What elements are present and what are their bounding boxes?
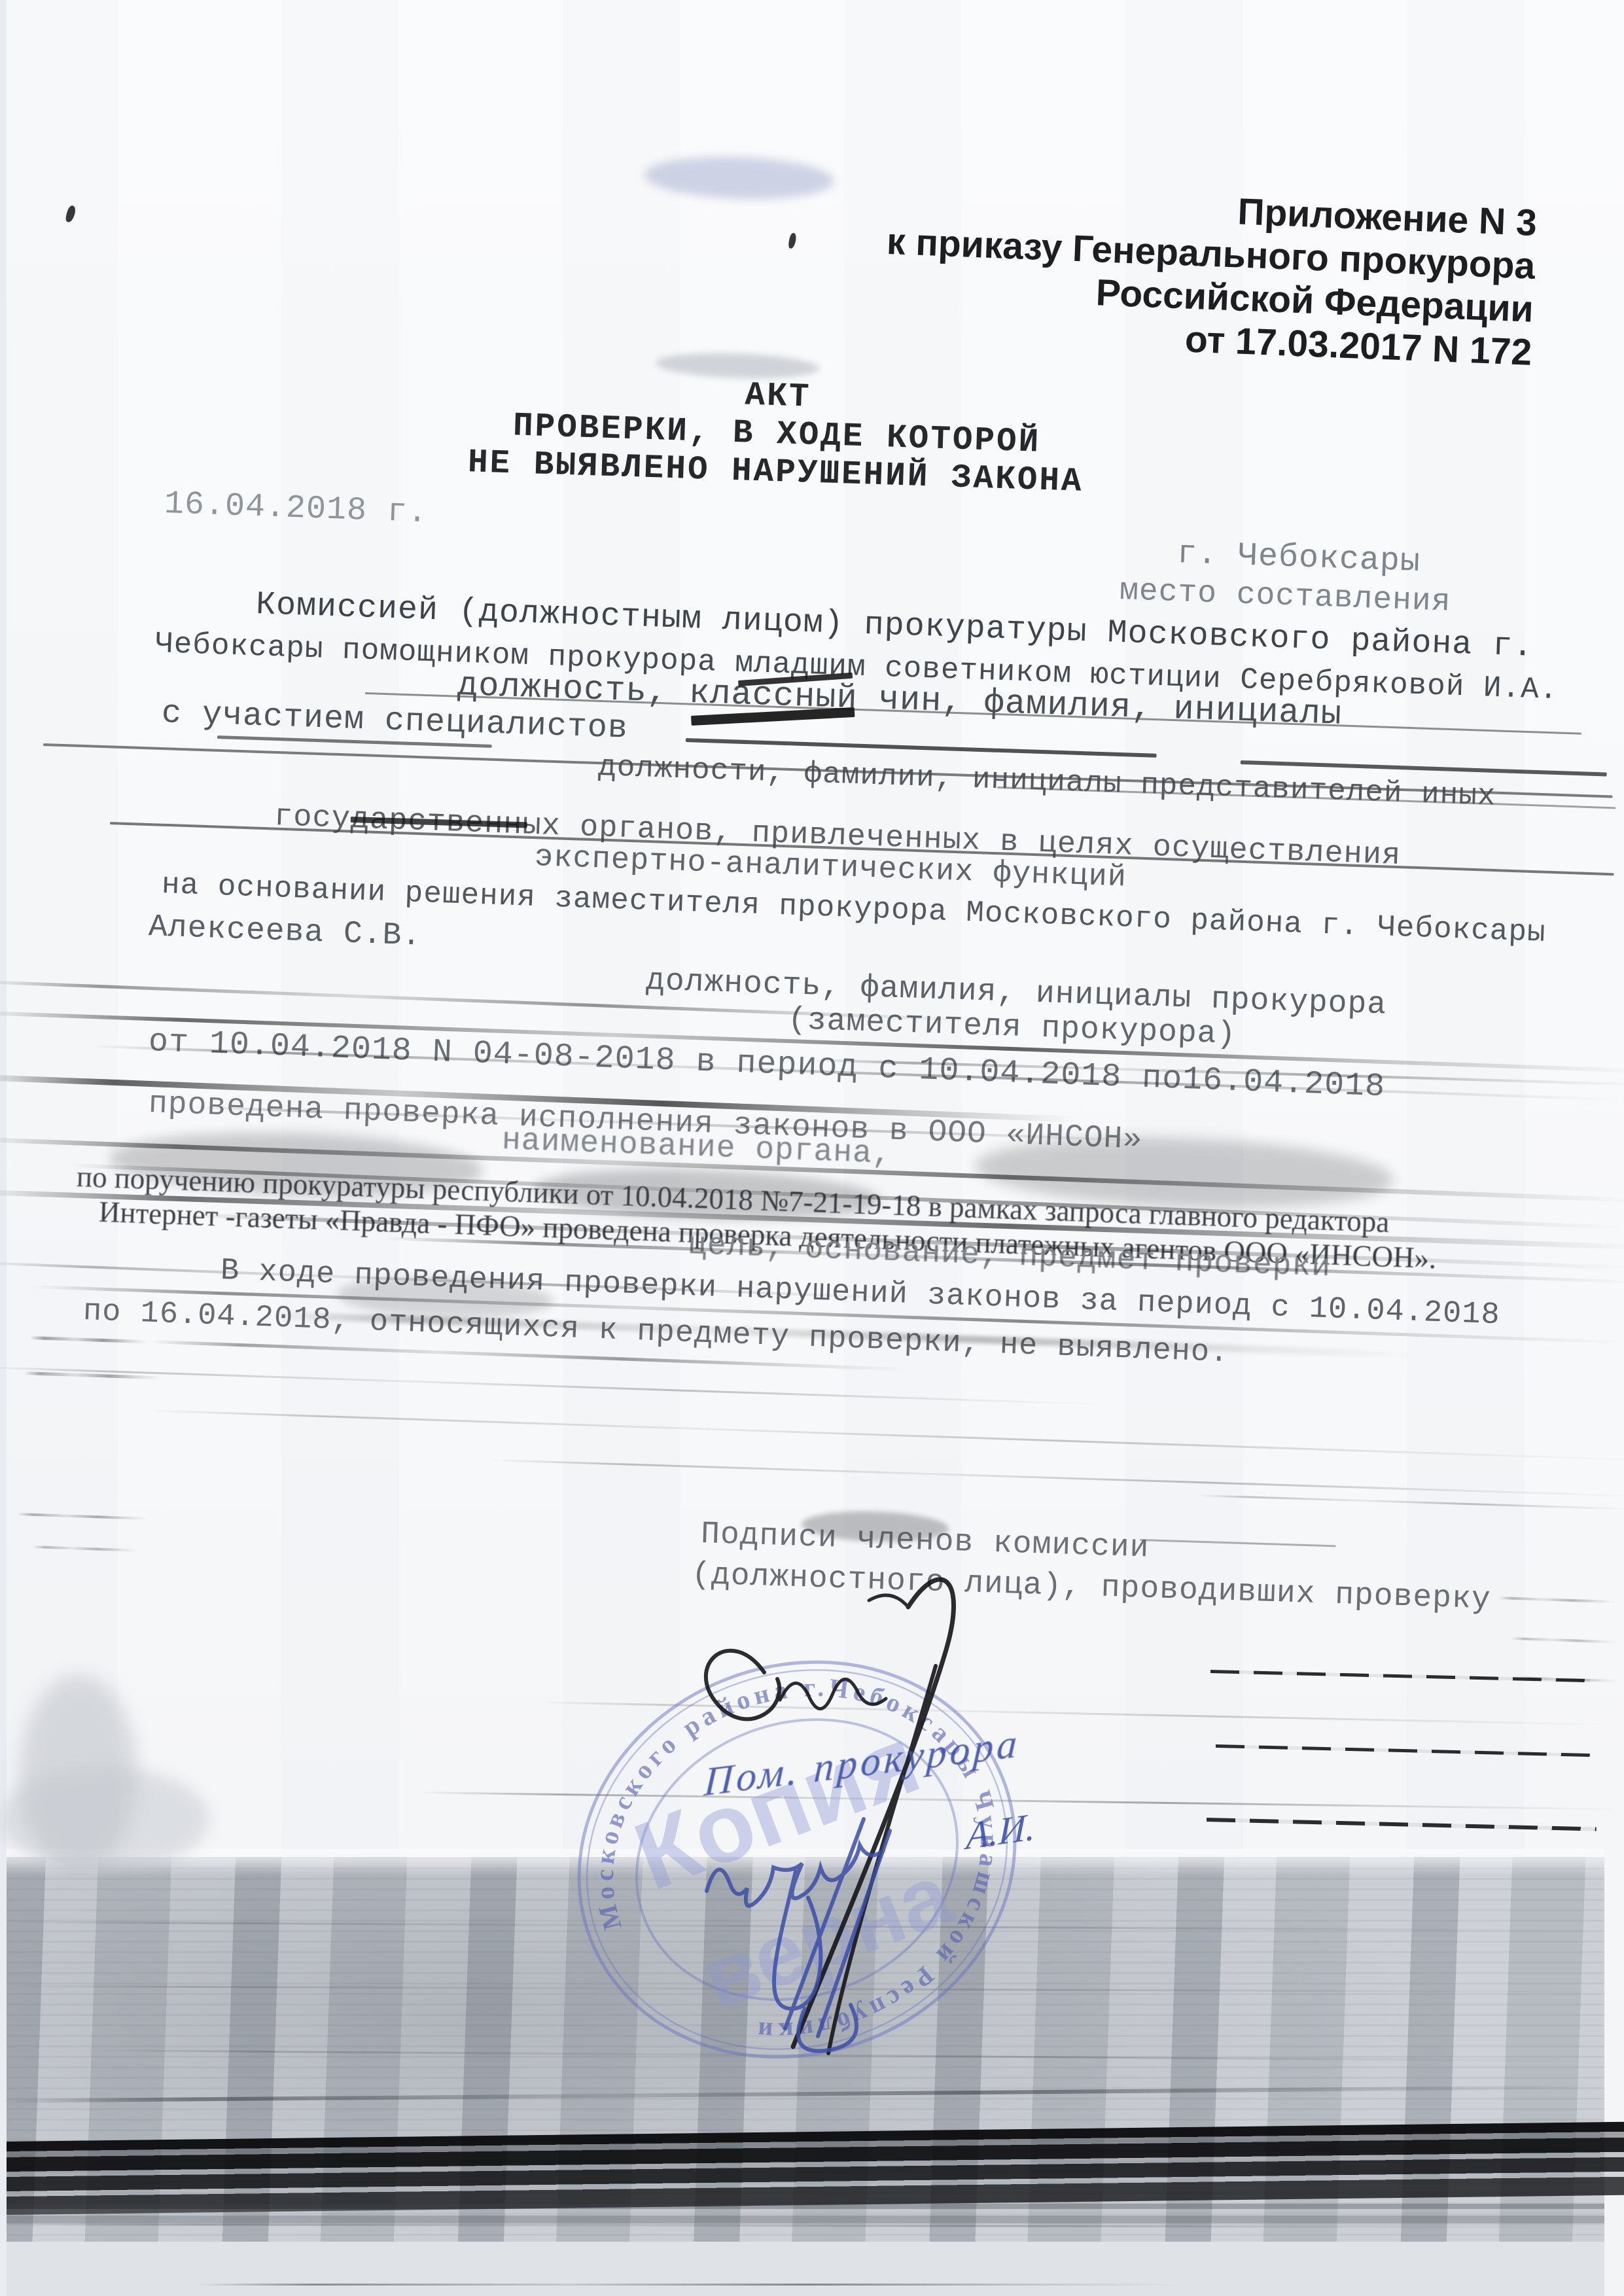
ink-mark (65, 205, 77, 223)
scan-smudge (0, 1767, 209, 1871)
scanner-gray-streak-zone (0, 2204, 1604, 2233)
signature-line-2 (1216, 1744, 1590, 1757)
scan-streak (30, 1336, 148, 1343)
appendix-header: Приложение N 3 к приказу Генерального пр… (714, 170, 1538, 374)
signature-line-3 (1207, 1818, 1597, 1831)
scan-streak (1498, 1597, 1616, 1603)
scan-streak (0, 1366, 1105, 1405)
scan-streak (491, 1459, 1624, 1497)
scan-streak (17, 1513, 148, 1520)
basis-line-2: Алексеева С.В. (148, 910, 422, 955)
form-rule-line (1140, 1539, 1336, 1547)
scan-smudge (644, 154, 835, 202)
handwriting-flourish (667, 1793, 1086, 2068)
scan-streak (1511, 1637, 1616, 1644)
scanner-band-bottom-strip (0, 2242, 1604, 2296)
scan-streak (33, 1545, 137, 1552)
document-title: АКТ ПРОВЕРКИ, В ХОДЕ КОТОРОЙ НЕ ВЫЯВЛЕНО… (442, 368, 1112, 503)
scan-streak (1197, 1494, 1624, 1510)
document-date: 16.04.2018 г. (164, 486, 429, 532)
scan-left-edge (0, 0, 7, 2296)
signature-line-1 (1210, 1670, 1590, 1682)
scanned-document-page: { "document": { "header": { "appendix": … (0, 0, 1624, 2296)
scan-streak (144, 1409, 1624, 1461)
caption-specialists-1: должности, фамилии, инициалы представите… (597, 750, 1496, 813)
place-city: г. Чебоксары (1176, 535, 1421, 581)
scan-streak (196, 2284, 1178, 2286)
